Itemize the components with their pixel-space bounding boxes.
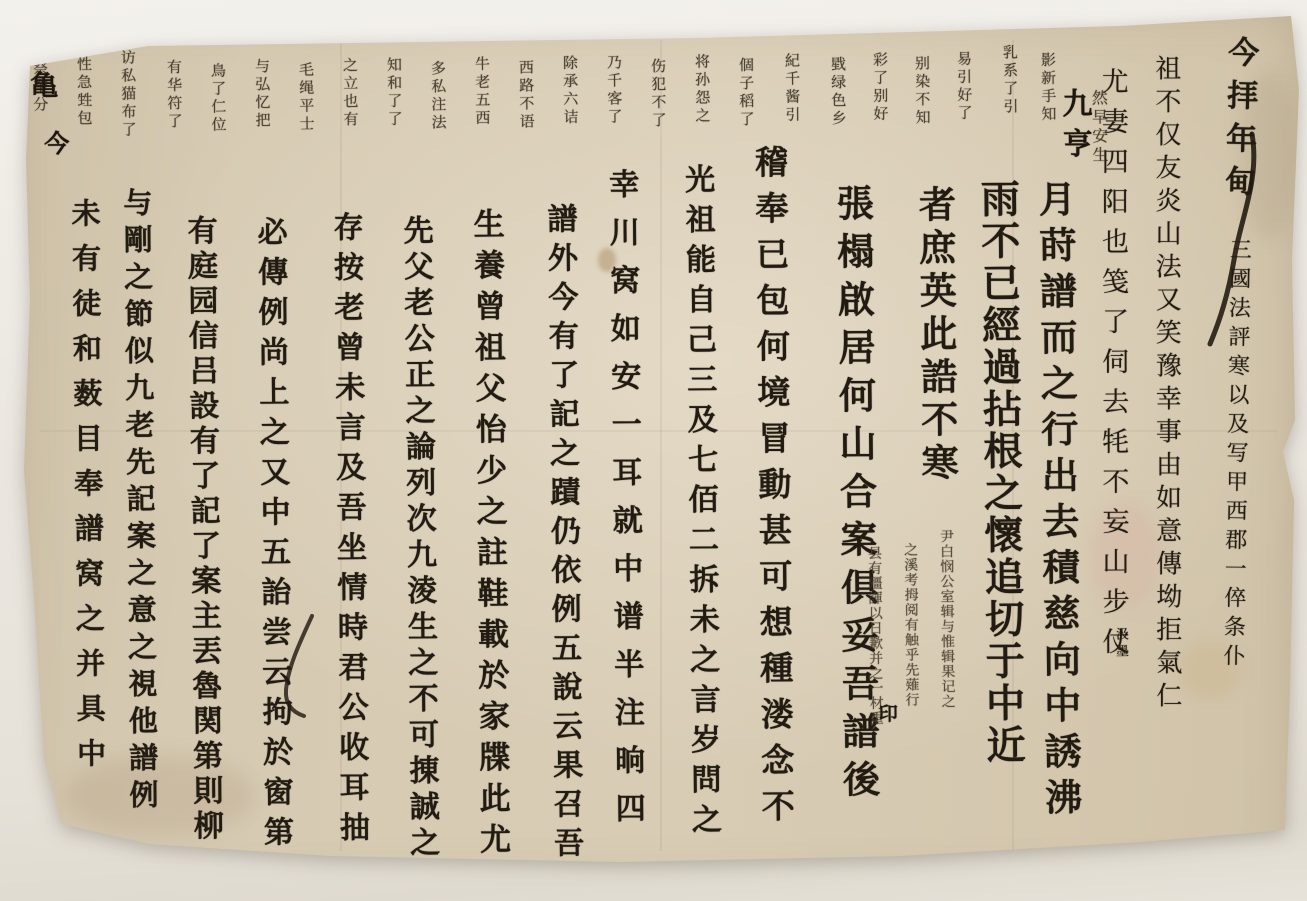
head-column: 多私注法: [430, 60, 446, 132]
body-column: 譜外今有了記之蹟仍依例五說云果召吾: [543, 203, 580, 866]
body-column: 未有徒和薮目奉譜窝之并具中: [69, 198, 104, 783]
ink-mark: 汲墨: [1114, 627, 1127, 661]
body-column: 光祖能自己三及七佰二拆未之言岁問之: [681, 163, 718, 843]
head-column: 有华符了: [166, 59, 182, 131]
head-column: 西路不语: [518, 59, 534, 131]
head-column: 除承六诘: [562, 55, 578, 127]
body-column: 有庭园信吕設有了記了案主丟魯関第則柳: [184, 215, 221, 845]
head-column: 毛绳平士: [298, 62, 314, 134]
head-column: 乳系了引: [1002, 44, 1018, 116]
head-column: 与弘忆把: [254, 58, 270, 130]
ink-mark: 今: [43, 130, 68, 161]
head-column: 戥绿色乡: [830, 56, 846, 128]
body-column: 祖不仅友炎山法又笑豫幸事由如意傳坳拒氣仁: [1153, 55, 1180, 715]
paper-shadow: 今拝年甸三國法評寒以及写甲西郡一倅条仆祖不仅友炎山法又笑豫幸事由如意傳坳拒氣仁尤…: [0, 0, 1307, 901]
annotation-column: 之溪考拇阅有触乎先薙行: [903, 542, 919, 707]
head-column: 之立也有: [342, 57, 358, 129]
body-column: 存按老曾未言及吾坐情時君公收耳抽: [329, 211, 366, 851]
annotation-column: 尹白悯公室辑与惟辑果记之: [939, 529, 955, 709]
body-column: 者庶英此誥不寒: [915, 185, 955, 486]
head-column: 伤犯不了: [650, 58, 666, 130]
head-column: 易引好了: [956, 51, 972, 123]
head-column: 然早安生: [1090, 89, 1107, 165]
ink-text-layer: 今拝年甸三國法評寒以及写甲西郡一倅条仆祖不仅友炎山法又笑豫幸事由如意傳坳拒氣仁尤…: [0, 0, 1307, 901]
head-column: 影新手知: [1040, 52, 1056, 124]
manuscript-paper: 今拝年甸三國法評寒以及写甲西郡一倅条仆祖不仅友炎山法又笑豫幸事由如意傳坳拒氣仁尤…: [0, 0, 1307, 901]
head-column: 访私猫布了: [120, 49, 136, 139]
photograph-background: 今拝年甸三國法評寒以及写甲西郡一倅条仆祖不仅友炎山法又笑豫幸事由如意傳坳拒氣仁尤…: [0, 0, 1307, 901]
head-column: 彩了别好: [872, 52, 888, 124]
head-column: 牛老五西: [474, 56, 490, 128]
head-column: 個子稻了: [738, 57, 754, 129]
body-column: 今拝年甸: [1220, 36, 1255, 209]
head-column: 将孙怨之: [694, 53, 710, 125]
head-column: 性急甡包: [76, 56, 92, 128]
body-column: 三國法評寒以及写甲西郡一倅条仆: [1221, 238, 1250, 673]
body-column: 月莳譜而之行出去積慈向中誘沸: [1035, 180, 1079, 824]
head-column: 知和了了: [386, 57, 402, 129]
body-column: 与剛之節似九老先記案之意之視他譜例: [121, 187, 157, 816]
body-column: 稽奉已包何境冒動甚可想種溇念不: [753, 145, 793, 835]
body-column: 生養曾祖父怡少之註鞋載於家牒此尤: [469, 208, 507, 864]
head-column: 鳥了仁位: [210, 62, 226, 134]
body-column: 必傳例尚上之又中五詒尝云拘於窗第: [254, 216, 291, 856]
head-column: 紀千酱引: [784, 52, 800, 124]
ink-mark: 亀: [28, 70, 56, 104]
ink-mark: 印: [877, 703, 896, 728]
body-column: 雨不已經過拈根之懷追切于中近: [977, 178, 1022, 766]
ink-mark: 九亨: [1058, 87, 1089, 167]
annotation-column: 县有殭諢以日歉并之一材重: [867, 546, 883, 726]
body-column: 先父老公正之論列次九淩生之不可㨂誠之: [400, 214, 437, 862]
head-column: 别染不知: [914, 55, 930, 127]
head-column: 乃千客了: [606, 54, 622, 126]
body-column: 幸川窝如安一耳就中谱半注晌四: [605, 168, 642, 840]
